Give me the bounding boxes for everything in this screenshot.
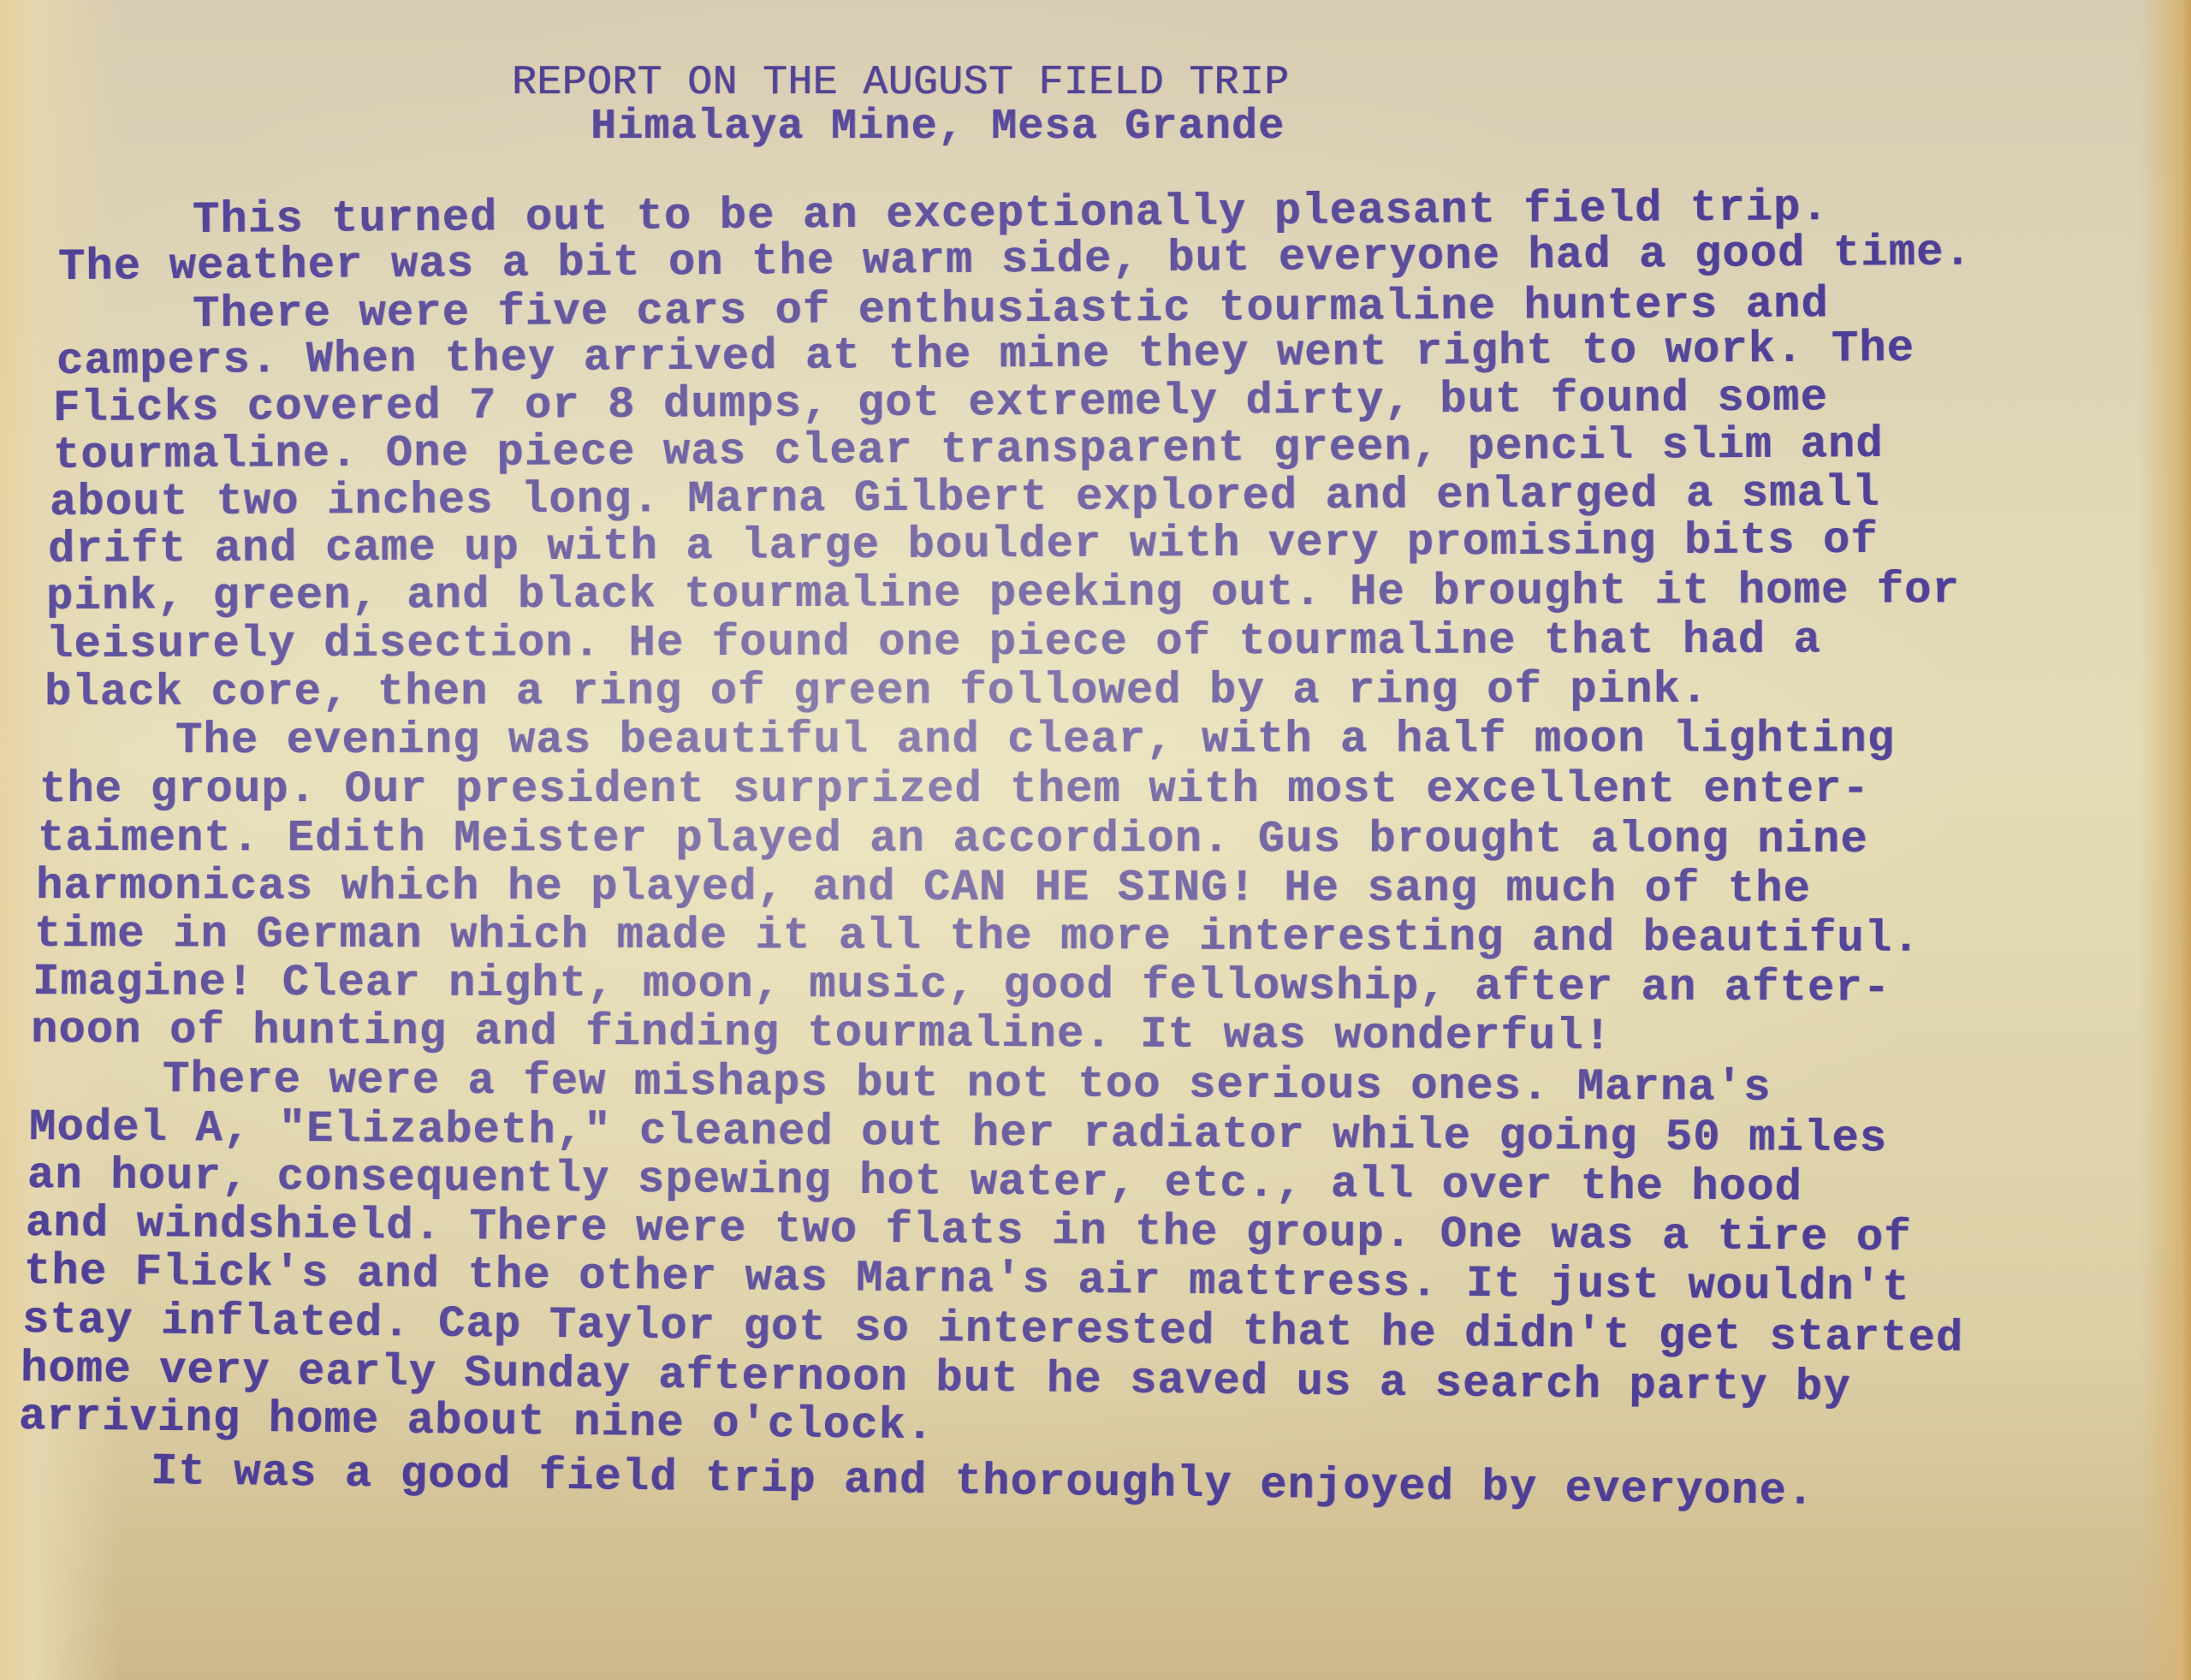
body-line: pink, green, and black tourmaline peekin… (46, 565, 1960, 622)
body-line: taiment. Edith Meister played an accordi… (38, 813, 1868, 865)
body-line: time in German which made it all the mor… (34, 909, 1921, 965)
body-line: It was a good field trip and thoroughly … (151, 1446, 1815, 1517)
body-line: The evening was beautiful and clear, wit… (175, 714, 1895, 766)
body-line: leisurely disection. He found one piece … (46, 615, 1821, 670)
scanned-page: REPORT ON THE AUGUST FIELD TRIP Himalaya… (0, 0, 2191, 1680)
report-subtitle: Himalaya Mine, Mesa Grande (591, 103, 1285, 151)
body-line: black core, then a ring of green followe… (45, 665, 1708, 718)
body-line: harmonicas which he played, and CAN HE S… (36, 861, 1811, 915)
body-line: arriving home about nine o'clock. (19, 1392, 935, 1451)
body-line: the group. Our president surprized them … (39, 764, 1870, 815)
report-title: REPORT ON THE AUGUST FIELD TRIP (512, 60, 1289, 106)
body-line: noon of hunting and finding tourmaline. … (31, 1005, 1612, 1062)
